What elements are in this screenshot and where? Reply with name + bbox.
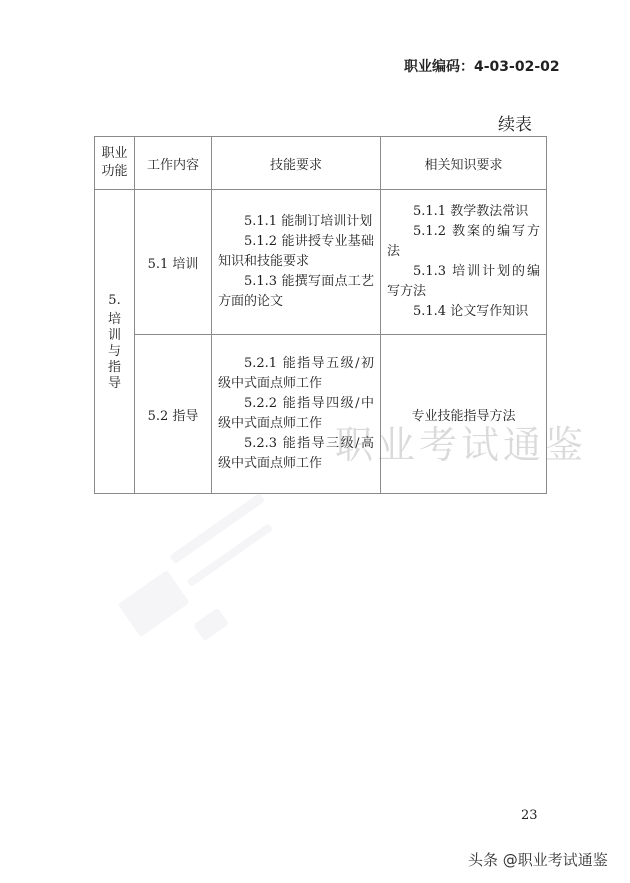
column-header-function-line2: 功能 [101, 164, 127, 179]
skill-requirements-cell: 5.1.1 能制订培训计划 5.1.2 能讲授专业基础知识和技能要求 5.1.3… [212, 190, 381, 335]
continued-table-label: 续表 [498, 110, 532, 135]
knowledge-item: 5.1.4 论文写作知识 [387, 302, 540, 322]
table-row: 5. 培训与指导 5.1 培训 5.1.1 能制订培训计划 5.1.2 能讲授专… [95, 190, 547, 335]
knowledge-requirements-cell: 专业技能指导方法 [381, 335, 547, 494]
function-number: 5. [95, 292, 134, 309]
work-content-cell: 5.1 培训 [135, 190, 212, 335]
function-cell: 5. 培训与指导 [95, 190, 135, 494]
skill-item: 5.2.3 能指导三级/高级中式面点师工作 [218, 434, 374, 474]
skill-item: 5.2.1 能指导五级/初级中式面点师工作 [218, 354, 374, 394]
function-name: 培训与指导 [108, 312, 122, 392]
knowledge-item: 5.1.1 教学教法常识 [387, 202, 540, 222]
occupation-code: 职业编码：4-03-02-02 [404, 56, 560, 76]
column-header-knowledge-requirements: 相关知识要求 [381, 137, 547, 190]
skill-item: 5.1.3 能撰写面点工艺方面的论文 [218, 272, 374, 312]
skill-requirements-cell: 5.2.1 能指导五级/初级中式面点师工作 5.2.2 能指导四级/中级中式面点… [212, 335, 381, 494]
column-header-work-content: 工作内容 [135, 137, 212, 190]
knowledge-item: 5.1.2 教案的编写方法 [387, 222, 540, 262]
table-header-row: 职业 功能 工作内容 技能要求 相关知识要求 [95, 137, 547, 190]
knowledge-item: 5.1.3 培训计划的编写方法 [387, 262, 540, 302]
source-attribution: 头条 @职业考试通鉴 [468, 849, 608, 870]
knowledge-requirements-cell: 5.1.1 教学教法常识 5.1.2 教案的编写方法 5.1.3 培训计划的编写… [381, 190, 547, 335]
column-header-function-line1: 职业 [101, 146, 127, 161]
skills-requirement-table: 职业 功能 工作内容 技能要求 相关知识要求 5. 培训与指导 5.1 培训 5… [94, 136, 547, 494]
page-number: 23 [521, 808, 538, 823]
column-header-function: 职业 功能 [95, 137, 135, 190]
work-content-cell: 5.2 指导 [135, 335, 212, 494]
table-row: 5.2 指导 5.2.1 能指导五级/初级中式面点师工作 5.2.2 能指导四级… [95, 335, 547, 494]
skill-item: 5.1.2 能讲授专业基础知识和技能要求 [218, 232, 374, 272]
skill-item: 5.1.1 能制订培训计划 [218, 212, 374, 232]
column-header-skill-requirements: 技能要求 [212, 137, 381, 190]
knowledge-item: 专业技能指导方法 [411, 409, 515, 424]
skill-item: 5.2.2 能指导四级/中级中式面点师工作 [218, 394, 374, 434]
